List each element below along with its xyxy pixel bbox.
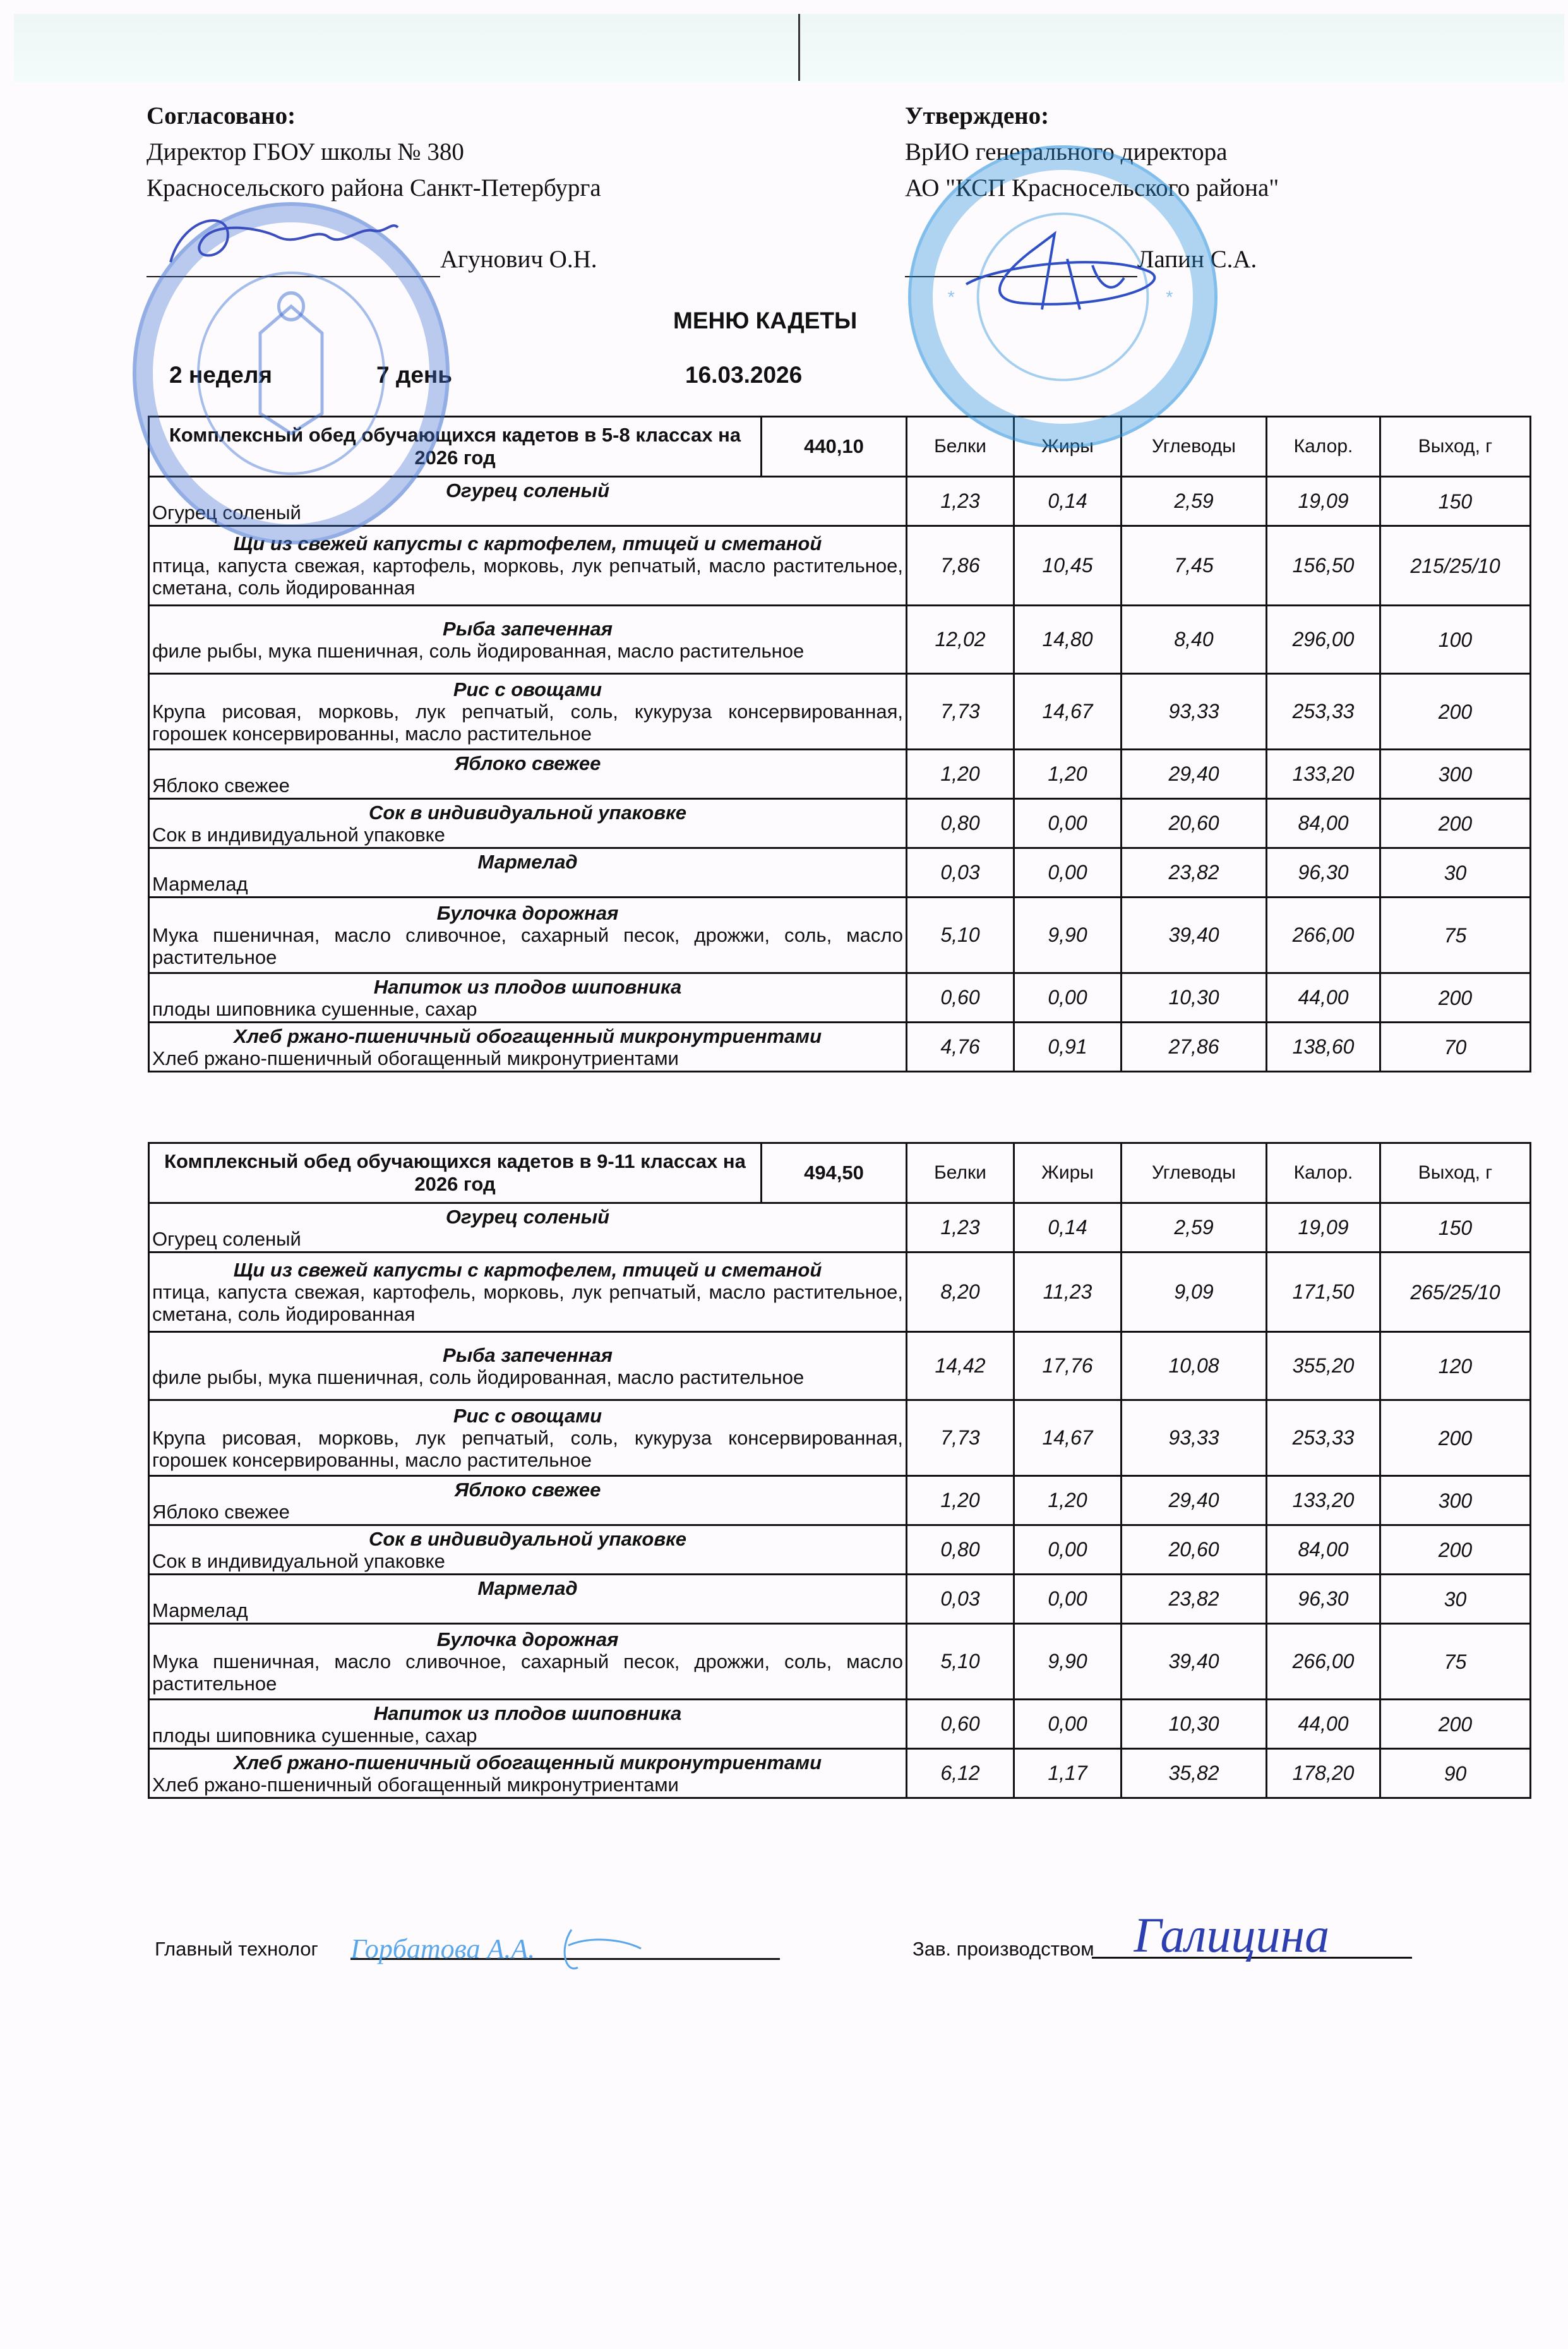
protein-value: 1,23 [907, 477, 1014, 526]
svg-text:Галицина: Галицина [1134, 1907, 1329, 1962]
kcal-value: 253,33 [1267, 674, 1380, 750]
dish-name: Яблоко свежее [152, 1479, 903, 1501]
kcal-value: 19,09 [1267, 1203, 1380, 1253]
fat-value: 17,76 [1014, 1332, 1122, 1400]
table-row: Яблоко свежееЯблоко свежее1,201,2029,401… [149, 750, 1531, 799]
fat-value: 1,20 [1014, 1476, 1122, 1525]
protein-value: 0,03 [907, 848, 1014, 898]
carbs-value: 23,82 [1122, 1575, 1267, 1624]
signatory-name: Агунович О.Н. [440, 246, 597, 273]
carbs-value: 10,08 [1122, 1332, 1267, 1400]
yield-value: 300 [1380, 750, 1531, 799]
kcal-value: 96,30 [1267, 848, 1380, 898]
yield-value: 150 [1380, 477, 1531, 526]
fat-value: 14,67 [1014, 1400, 1122, 1476]
column-header: Белки [907, 1143, 1014, 1203]
table-row: Хлеб ржано-пшеничный обогащенный микрону… [149, 1023, 1531, 1072]
kcal-value: 84,00 [1267, 799, 1380, 848]
kcal-value: 19,09 [1267, 477, 1380, 526]
dish-name: Булочка дорожная [152, 1628, 903, 1650]
dish-cell: Рис с овощамиКрупа рисовая, морковь, лук… [149, 1400, 907, 1476]
yield-value: 200 [1380, 1400, 1531, 1476]
dish-cell: Напиток из плодов шиповникаплоды шиповни… [149, 973, 907, 1023]
fat-value: 10,45 [1014, 526, 1122, 606]
carbs-value: 10,30 [1122, 973, 1267, 1023]
dish-name: Мармелад [152, 1577, 903, 1599]
kcal-value: 253,33 [1267, 1400, 1380, 1476]
carbs-value: 2,59 [1122, 477, 1267, 526]
dish-ingredients: Мука пшеничная, масло сливочное, сахарны… [152, 924, 903, 968]
menu-table-grades-9-11: Комплексный обед обучающихся кадетов в 9… [148, 1142, 1531, 1799]
production-head-label: Зав. производством [913, 1938, 1094, 1961]
yield-value: 30 [1380, 1575, 1531, 1624]
scan-edge [14, 14, 1564, 82]
yield-value: 265/25/10 [1380, 1253, 1531, 1332]
table-row: Рис с овощамиКрупа рисовая, морковь, лук… [149, 1400, 1531, 1476]
dish-cell: Хлеб ржано-пшеничный обогащенный микрону… [149, 1023, 907, 1072]
signature-production-head-icon: Галицина [1134, 1885, 1424, 1974]
carbs-value: 20,60 [1122, 799, 1267, 848]
dish-cell: Сок в индивидуальной упаковкеСок в индив… [149, 799, 907, 848]
protein-value: 0,80 [907, 799, 1014, 848]
dish-name: Булочка дорожная [152, 902, 903, 924]
week-label: 2 неделя [169, 362, 272, 388]
dish-name: Сок в индивидуальной упаковке [152, 802, 903, 824]
table-row: МармеладМармелад0,030,0023,8296,3030 [149, 1575, 1531, 1624]
chief-technologist-signature-line [350, 1958, 780, 1960]
fat-value: 0,00 [1014, 973, 1122, 1023]
table-row: Яблоко свежееЯблоко свежее1,201,2029,401… [149, 1476, 1531, 1525]
dish-name: Рыба запеченная [152, 1344, 903, 1366]
protein-value: 5,10 [907, 898, 1014, 973]
dish-name: Напиток из плодов шиповника [152, 976, 903, 998]
dish-cell: Огурец соленыйОгурец соленый [149, 1203, 907, 1253]
yield-value: 200 [1380, 799, 1531, 848]
column-header: Белки [907, 417, 1014, 477]
yield-value: 215/25/10 [1380, 526, 1531, 606]
svg-text:*: * [1166, 287, 1173, 308]
kcal-value: 96,30 [1267, 1575, 1380, 1624]
column-header: Выход, г [1380, 417, 1531, 477]
yield-value: 300 [1380, 1476, 1531, 1525]
dish-cell: Напиток из плодов шиповникаплоды шиповни… [149, 1700, 907, 1749]
yield-value: 200 [1380, 1700, 1531, 1749]
kcal-value: 84,00 [1267, 1525, 1380, 1575]
fat-value: 9,90 [1014, 898, 1122, 973]
table-row: Сок в индивидуальной упаковкеСок в индив… [149, 799, 1531, 848]
kcal-value: 133,20 [1267, 750, 1380, 799]
carbs-value: 29,40 [1122, 1476, 1267, 1525]
dish-ingredients: плоды шиповника сушенные, сахар [152, 998, 903, 1020]
dish-ingredients: Мармелад [152, 873, 903, 895]
approval-heading: Согласовано: [147, 98, 601, 134]
dish-name: Рис с овощами [152, 1405, 903, 1427]
dish-ingredients: филе рыбы, мука пшеничная, соль йодирова… [152, 1366, 903, 1388]
protein-value: 6,12 [907, 1749, 1014, 1798]
protein-value: 1,20 [907, 750, 1014, 799]
carbs-value: 35,82 [1122, 1749, 1267, 1798]
yield-value: 90 [1380, 1749, 1531, 1798]
dish-ingredients: птица, капуста свежая, картофель, морков… [152, 555, 903, 599]
signature-line [147, 276, 440, 277]
fat-value: 0,00 [1014, 1575, 1122, 1624]
yield-value: 75 [1380, 1624, 1531, 1700]
protein-value: 0,80 [907, 1525, 1014, 1575]
table-row: Булочка дорожнаяМука пшеничная, масло сл… [149, 898, 1531, 973]
kcal-value: 156,50 [1267, 526, 1380, 606]
approval-position: Директор ГБОУ школы № 380 [147, 134, 601, 170]
dish-ingredients: Крупа рисовая, морковь, лук репчатый, со… [152, 700, 903, 745]
carbs-value: 39,40 [1122, 1624, 1267, 1700]
dish-cell: МармеладМармелад [149, 848, 907, 898]
protein-value: 7,86 [907, 526, 1014, 606]
kcal-value: 296,00 [1267, 606, 1380, 674]
dish-ingredients: Крупа рисовая, морковь, лук репчатый, со… [152, 1427, 903, 1471]
dish-ingredients: Огурец соленый [152, 502, 903, 524]
kcal-value: 266,00 [1267, 1624, 1380, 1700]
signature-chief-technologist-icon: Горбатова А.А. [350, 1911, 654, 1980]
table-header-row: Комплексный обед обучающихся кадетов в 5… [149, 417, 1531, 477]
table-row: Хлеб ржано-пшеничный обогащенный микрону… [149, 1749, 1531, 1798]
yield-value: 100 [1380, 606, 1531, 674]
protein-value: 12,02 [907, 606, 1014, 674]
carbs-value: 2,59 [1122, 1203, 1267, 1253]
dish-ingredients: Огурец соленый [152, 1228, 903, 1250]
table-row: Напиток из плодов шиповникаплоды шиповни… [149, 1700, 1531, 1749]
carbs-value: 23,82 [1122, 848, 1267, 898]
table-row: Булочка дорожнаяМука пшеничная, масло сл… [149, 1624, 1531, 1700]
dish-name: Напиток из плодов шиповника [152, 1702, 903, 1724]
kcal-value: 133,20 [1267, 1476, 1380, 1525]
chief-technologist-label: Главный технолог [155, 1938, 318, 1961]
table-row: Щи из свежей капусты с картофелем, птице… [149, 526, 1531, 606]
column-header: Калор. [1267, 1143, 1380, 1203]
fat-value: 14,80 [1014, 606, 1122, 674]
protein-value: 0,60 [907, 973, 1014, 1023]
dish-name: Мармелад [152, 851, 903, 873]
dish-ingredients: Сок в индивидуальной упаковке [152, 1550, 903, 1572]
approval-organization: Красносельского района Санкт-Петербурга [147, 170, 601, 206]
dish-cell: Щи из свежей капусты с картофелем, птице… [149, 526, 907, 606]
dish-ingredients: птица, капуста свежая, картофель, морков… [152, 1281, 903, 1325]
dish-name: Хлеб ржано-пшеничный обогащенный микрону… [152, 1751, 903, 1774]
table-row: Огурец соленыйОгурец соленый1,230,142,59… [149, 477, 1531, 526]
carbs-value: 10,30 [1122, 1700, 1267, 1749]
fat-value: 0,00 [1014, 1700, 1122, 1749]
column-header: Углеводы [1122, 1143, 1267, 1203]
dish-ingredients: Мука пшеничная, масло сливочное, сахарны… [152, 1650, 903, 1695]
fat-value: 0,00 [1014, 799, 1122, 848]
meal-price: 494,50 [762, 1143, 907, 1203]
fat-value: 14,67 [1014, 674, 1122, 750]
carbs-value: 9,09 [1122, 1253, 1267, 1332]
table-header-row: Комплексный обед обучающихся кадетов в 9… [149, 1143, 1531, 1203]
fat-value: 9,90 [1014, 1624, 1122, 1700]
kcal-value: 44,00 [1267, 1700, 1380, 1749]
yield-value: 30 [1380, 848, 1531, 898]
fat-value: 0,14 [1014, 1203, 1122, 1253]
dish-cell: Рыба запеченнаяфиле рыбы, мука пшеничная… [149, 606, 907, 674]
dish-cell: МармеладМармелад [149, 1575, 907, 1624]
protein-value: 14,42 [907, 1332, 1014, 1400]
dish-name: Яблоко свежее [152, 752, 903, 774]
table-row: Щи из свежей капусты с картофелем, птице… [149, 1253, 1531, 1332]
table-row: Сок в индивидуальной упаковкеСок в индив… [149, 1525, 1531, 1575]
kcal-value: 355,20 [1267, 1332, 1380, 1400]
fat-value: 0,91 [1014, 1023, 1122, 1072]
table-row: Огурец соленыйОгурец соленый1,230,142,59… [149, 1203, 1531, 1253]
yield-value: 200 [1380, 674, 1531, 750]
dish-cell: Сок в индивидуальной упаковкеСок в индив… [149, 1525, 907, 1575]
approval-block-right: Утверждено: ВрИО генерального директора … [905, 98, 1279, 277]
carbs-value: 7,45 [1122, 526, 1267, 606]
protein-value: 1,23 [907, 1203, 1014, 1253]
column-header: Выход, г [1380, 1143, 1531, 1203]
dish-ingredients: Яблоко свежее [152, 774, 903, 796]
dish-ingredients: Хлеб ржано-пшеничный обогащенный микрону… [152, 1047, 903, 1069]
yield-value: 75 [1380, 898, 1531, 973]
table-row: Напиток из плодов шиповникаплоды шиповни… [149, 973, 1531, 1023]
menu-table-grades-5-8: Комплексный обед обучающихся кадетов в 5… [148, 416, 1531, 1072]
protein-value: 5,10 [907, 1624, 1014, 1700]
dish-name: Щи из свежей капусты с картофелем, птице… [152, 1259, 903, 1281]
yield-value: 120 [1380, 1332, 1531, 1400]
carbs-value: 93,33 [1122, 1400, 1267, 1476]
dish-ingredients: Хлеб ржано-пшеничный обогащенный микрону… [152, 1774, 903, 1796]
protein-value: 1,20 [907, 1476, 1014, 1525]
dish-ingredients: филе рыбы, мука пшеничная, соль йодирова… [152, 640, 903, 662]
dish-cell: Хлеб ржано-пшеничный обогащенный микрону… [149, 1749, 907, 1798]
dish-cell: Рис с овощамиКрупа рисовая, морковь, лук… [149, 674, 907, 750]
dish-name: Хлеб ржано-пшеничный обогащенный микрону… [152, 1025, 903, 1047]
yield-value: 150 [1380, 1203, 1531, 1253]
approval-heading: Утверждено: [905, 98, 1279, 134]
yield-value: 70 [1380, 1023, 1531, 1072]
kcal-value: 266,00 [1267, 898, 1380, 973]
fat-value: 0,14 [1014, 477, 1122, 526]
column-header: Калор. [1267, 417, 1380, 477]
kcal-value: 171,50 [1267, 1253, 1380, 1332]
fat-value: 1,20 [1014, 750, 1122, 799]
kcal-value: 44,00 [1267, 973, 1380, 1023]
dish-name: Рыба запеченная [152, 618, 903, 640]
day-label: 7 день [376, 362, 452, 388]
menu-date: 16.03.2026 [685, 362, 802, 388]
fat-value: 0,00 [1014, 1525, 1122, 1575]
signature-line [905, 276, 1137, 277]
column-header: Жиры [1014, 417, 1122, 477]
protein-value: 4,76 [907, 1023, 1014, 1072]
yield-value: 200 [1380, 973, 1531, 1023]
dish-name: Огурец соленый [152, 479, 903, 502]
fat-value: 1,17 [1014, 1749, 1122, 1798]
svg-text:*: * [948, 287, 955, 308]
dish-cell: Яблоко свежееЯблоко свежее [149, 750, 907, 799]
dish-cell: Рыба запеченнаяфиле рыбы, мука пшеничная… [149, 1332, 907, 1400]
page-title: МЕНЮ КАДЕТЫ [673, 308, 857, 334]
dish-ingredients: Мармелад [152, 1599, 903, 1621]
approval-block-left: Согласовано: Директор ГБОУ школы № 380 К… [147, 98, 601, 277]
approval-position: ВрИО генерального директора [905, 134, 1279, 170]
carbs-value: 39,40 [1122, 898, 1267, 973]
dish-cell: Булочка дорожнаяМука пшеничная, масло сл… [149, 1624, 907, 1700]
dish-name: Огурец соленый [152, 1206, 903, 1228]
protein-value: 8,20 [907, 1253, 1014, 1332]
dish-name: Щи из свежей капусты с картофелем, птице… [152, 532, 903, 555]
protein-value: 0,03 [907, 1575, 1014, 1624]
dish-name: Сок в индивидуальной упаковке [152, 1528, 903, 1550]
fat-value: 0,00 [1014, 848, 1122, 898]
protein-value: 7,73 [907, 674, 1014, 750]
table-title: Комплексный обед обучающихся кадетов в 9… [149, 1143, 762, 1203]
production-head-signature-line [1092, 1957, 1412, 1959]
yield-value: 200 [1380, 1525, 1531, 1575]
carbs-value: 29,40 [1122, 750, 1267, 799]
approval-organization: АО "КСП Красносельского района" [905, 170, 1279, 206]
carbs-value: 93,33 [1122, 674, 1267, 750]
dish-cell: Щи из свежей капусты с картофелем, птице… [149, 1253, 907, 1332]
dish-ingredients: Яблоко свежее [152, 1501, 903, 1523]
scan-fold-mark [798, 14, 800, 81]
signatory-name: Лапин С.А. [1137, 246, 1257, 273]
dish-ingredients: Сок в индивидуальной упаковке [152, 824, 903, 846]
table-row: Рыба запеченнаяфиле рыбы, мука пшеничная… [149, 606, 1531, 674]
carbs-value: 27,86 [1122, 1023, 1267, 1072]
protein-value: 7,73 [907, 1400, 1014, 1476]
dish-cell: Яблоко свежееЯблоко свежее [149, 1476, 907, 1525]
meal-price: 440,10 [762, 417, 907, 477]
table-row: Рыба запеченнаяфиле рыбы, мука пшеничная… [149, 1332, 1531, 1400]
kcal-value: 178,20 [1267, 1749, 1380, 1798]
protein-value: 0,60 [907, 1700, 1014, 1749]
table-row: Рис с овощамиКрупа рисовая, морковь, лук… [149, 674, 1531, 750]
table-title: Комплексный обед обучающихся кадетов в 5… [149, 417, 762, 477]
column-header: Жиры [1014, 1143, 1122, 1203]
fat-value: 11,23 [1014, 1253, 1122, 1332]
dish-ingredients: плоды шиповника сушенные, сахар [152, 1724, 903, 1746]
carbs-value: 20,60 [1122, 1525, 1267, 1575]
dish-cell: Булочка дорожнаяМука пшеничная, масло сл… [149, 898, 907, 973]
table-row: МармеладМармелад0,030,0023,8296,3030 [149, 848, 1531, 898]
carbs-value: 8,40 [1122, 606, 1267, 674]
column-header: Углеводы [1122, 417, 1267, 477]
dish-cell: Огурец соленыйОгурец соленый [149, 477, 907, 526]
dish-name: Рис с овощами [152, 678, 903, 700]
kcal-value: 138,60 [1267, 1023, 1380, 1072]
